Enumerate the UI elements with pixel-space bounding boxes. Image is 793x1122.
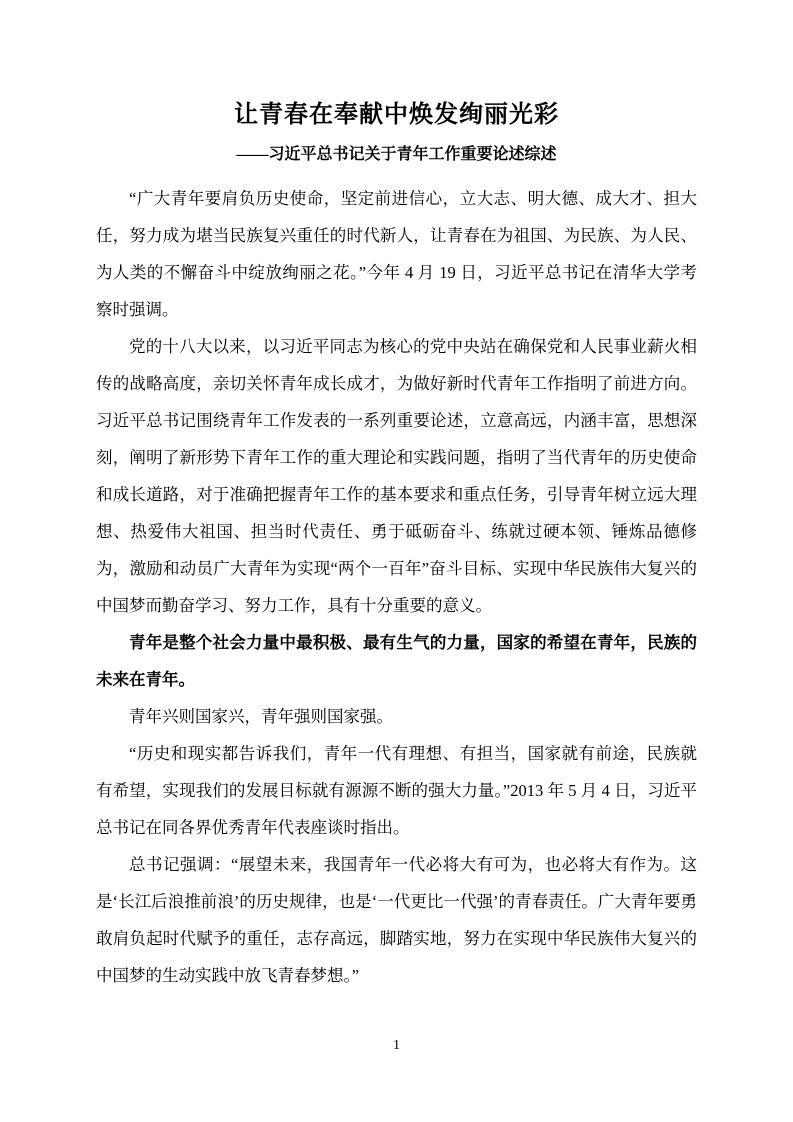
paragraph-emphasis: 青年是整个社会力量中最积极、最有生气的力量，国家的希望在青年，民族的未来在青年。 [96,624,697,698]
paragraph-quote-intro: “广大青年要肩负历史使命，坚定前进信心，立大志、明大德、成大才、担大任，努力成为… [96,180,697,328]
paragraph-slogan: 青年兴则国家兴，青年强则国家强。 [96,698,697,735]
paragraph-quote-2013: “历史和现实都告诉我们，青年一代有理想、有担当，国家就有前途，民族就有希望，实现… [96,735,697,846]
paragraph-overview: 党的十八大以来，以习近平同志为核心的党中央站在确保党和人民事业薪火相传的战略高度… [96,328,697,624]
document-page: 让青春在奉献中焕发绚丽光彩 ——习近平总书记关于青年工作重要论述综述 “广大青年… [0,0,793,1122]
page-number: 1 [0,1036,793,1056]
document-title: 让青春在奉献中焕发绚丽光彩 [96,98,697,132]
paragraph-quote-outlook: 总书记强调：“展望未来，我国青年一代必将大有可为，也必将大有作为。这是‘长江后浪… [96,846,697,994]
document-subtitle: ——习近平总书记关于青年工作重要论述综述 [96,144,697,166]
document-content: 让青春在奉献中焕发绚丽光彩 ——习近平总书记关于青年工作重要论述综述 “广大青年… [96,98,697,994]
document-body: “广大青年要肩负历史使命，坚定前进信心，立大志、明大德、成大才、担大任，努力成为… [96,180,697,994]
